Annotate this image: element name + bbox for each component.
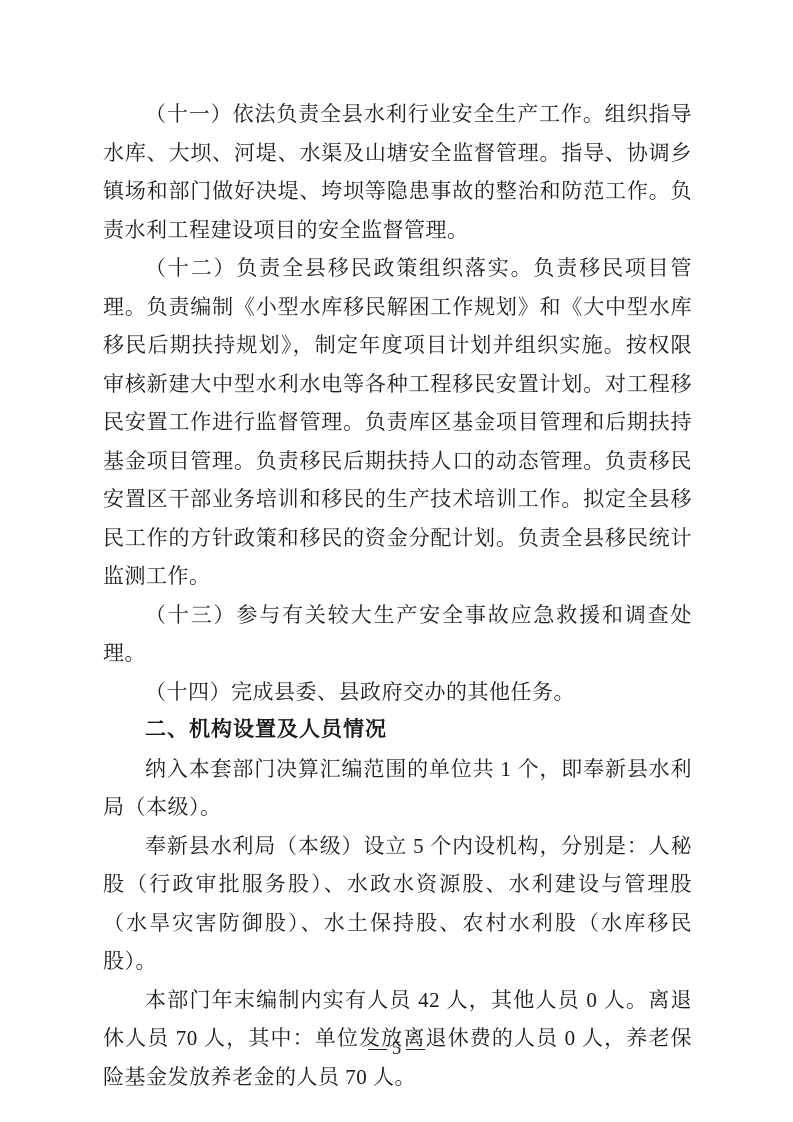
section-heading-organization: 二、机构设置及人员情况 [103,711,692,750]
page-number: — 5 — [0,1036,793,1062]
document-page: （十一）依法负责全县水利行业安全生产工作。组织指导水库、大坝、河堤、水渠及山塘安… [0,0,793,1122]
paragraph-item-13: （十三）参与有关较大生产安全事故应急救援和调查处理。 [103,596,692,673]
paragraph-item-11: （十一）依法负责全县水利行业安全生产工作。组织指导水库、大坝、河堤、水渠及山塘安… [103,95,692,249]
paragraph-internal-structure: 奉新县水利局（本级）设立 5 个内设机构，分别是：人秘股（行政审批服务股）、水政… [103,827,692,981]
document-body: （十一）依法负责全县水利行业安全生产工作。组织指导水库、大坝、河堤、水渠及山塘安… [103,95,692,1096]
paragraph-item-14: （十四）完成县委、县政府交办的其他任务。 [103,673,692,712]
paragraph-unit-scope: 纳入本套部门决算汇编范围的单位共 1 个，即奉新县水利局（本级）。 [103,750,692,827]
paragraph-item-12: （十二）负责全县移民政策组织落实。负责移民项目管理。负责编制《小型水库移民解困工… [103,249,692,596]
